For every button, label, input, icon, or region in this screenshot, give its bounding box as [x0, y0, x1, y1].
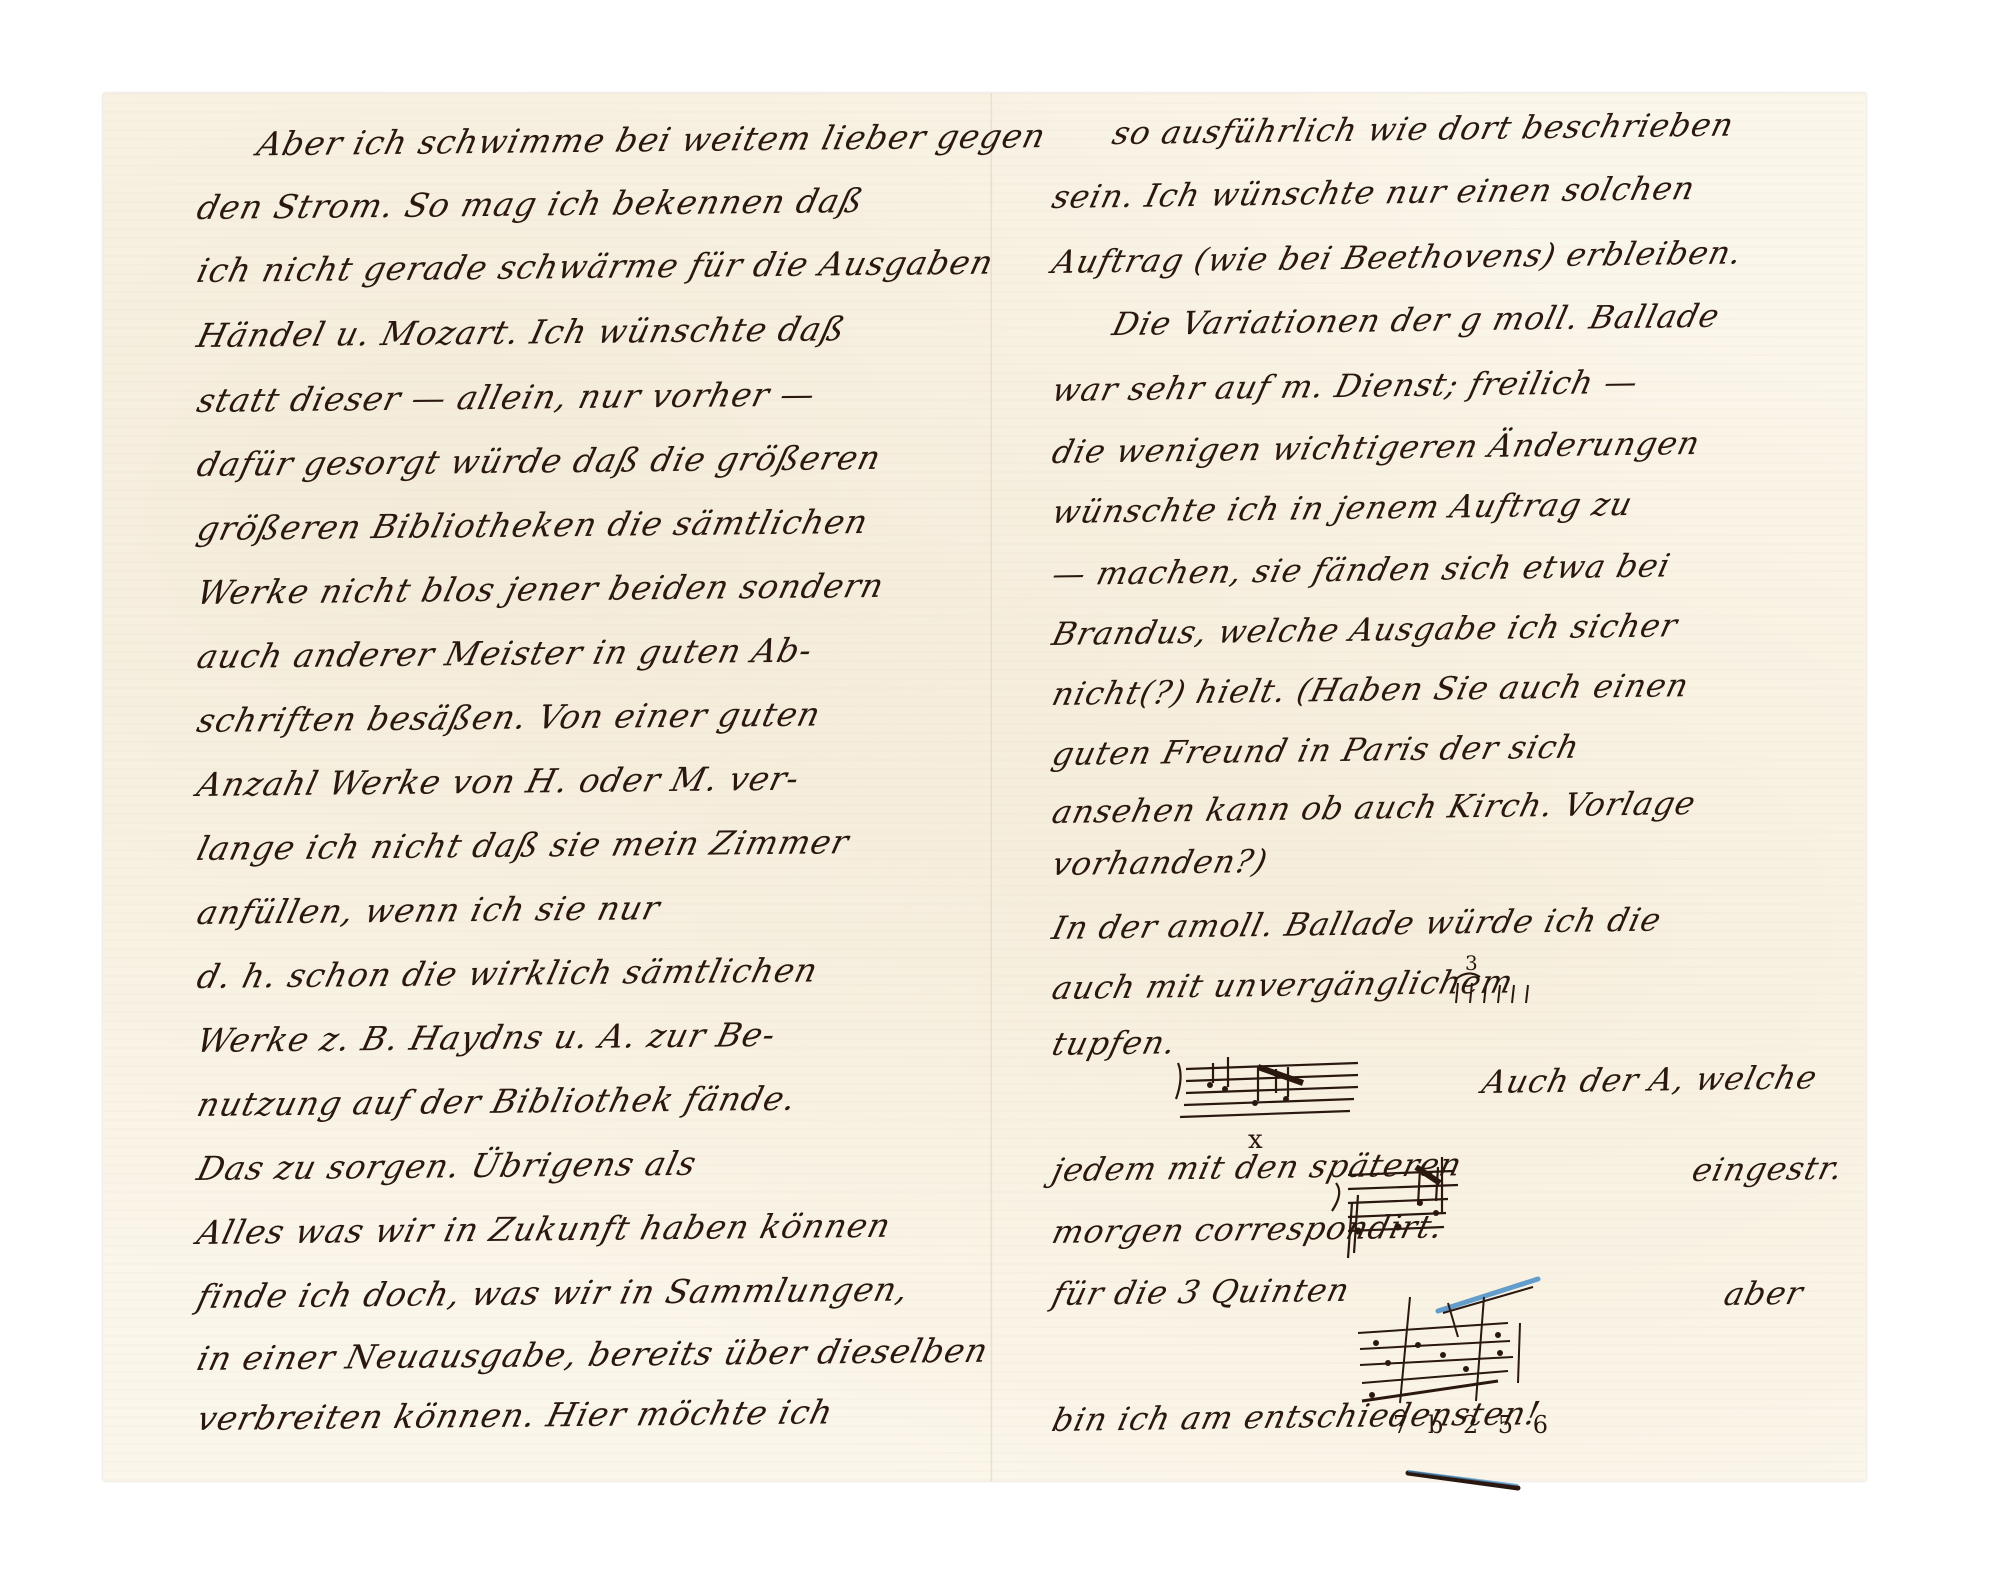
handwritten-line: nicht(?) hielt. (Haben Sie auch einen	[1049, 666, 1693, 713]
handwritten-line: finde ich doch, was wir in Sammlungen,	[193, 1270, 913, 1316]
handwritten-line: wünschte ich in jenem Auftrag zu	[1049, 485, 1637, 531]
handwritten-line: Anzahl Werke von H. oder M. ver-	[193, 759, 804, 804]
handwritten-line: sein. Ich wünschte nur einen solchen	[1049, 169, 1700, 216]
handwritten-line: tupfen.	[1049, 1023, 1181, 1063]
handwritten-line: In der amoll. Ballade würde ich die	[1049, 901, 1666, 947]
handwritten-line: Auftrag (wie bei Beethovens) erbleiben.	[1049, 233, 1747, 281]
handwritten-line: den Strom. So mag ich bekennen daß	[193, 181, 867, 227]
handwritten-line: größeren Bibliotheken die sämtlichen	[193, 502, 872, 548]
handwritten-line: aber	[1721, 1274, 1808, 1313]
handwritten-line: — machen, sie fänden sich etwa bei	[1049, 546, 1675, 593]
handwritten-line: Händel u. Mozart. Ich wünschte daß	[193, 309, 849, 355]
music-notation-snippet-2-icon	[1328, 1153, 1468, 1263]
handwritten-line: Werke z. B. Haydns u. A. zur Be-	[193, 1015, 780, 1060]
music-notation-snippet-1-icon	[1168, 1053, 1368, 1133]
right-page: so ausführlich wie dort beschrieben sein…	[993, 93, 1866, 1481]
handwritten-line: statt dieser — allein, nur vorher —	[193, 375, 819, 420]
handwritten-line: auch anderer Meister in guten Ab-	[193, 631, 816, 676]
handwritten-line: lange ich nicht daß sie mein Zimmer	[193, 822, 853, 868]
handwritten-line: guten Freund in Paris der sich	[1049, 728, 1584, 773]
handwritten-line: in einer Neuausgabe, bereits über diesel…	[193, 1331, 992, 1378]
figured-bass-text: 7 b 2 5 6	[1393, 1411, 1554, 1439]
handwritten-line: verbreiten können. Hier möchte ich	[193, 1392, 837, 1438]
letter-sheet: Aber ich schwimme bei weitem lieber gege…	[103, 93, 1866, 1481]
triplet-number: 3	[1465, 951, 1479, 975]
handwritten-line: Werke nicht blos jener beiden sondern	[193, 566, 888, 612]
handwritten-line: Aber ich schwimme bei weitem lieber gege…	[193, 116, 1050, 164]
handwritten-line: Alles was wir in Zukunft haben können	[193, 1206, 895, 1252]
handwritten-line: ansehen kann ob auch Kirch. Vorlage	[1049, 784, 1700, 831]
handwritten-line: Die Variationen der g moll. Ballade	[1049, 297, 1724, 344]
handwritten-line: anfüllen, wenn ich sie nur	[193, 888, 664, 932]
music-notation-snippet-3-icon	[1348, 1273, 1578, 1493]
handwritten-line: so ausführlich wie dort beschrieben	[1049, 106, 1738, 153]
handwritten-line: Auch der A, welche	[1479, 1058, 1822, 1101]
handwritten-line: ich nicht gerade schwärme für die Ausgab…	[193, 243, 997, 290]
handwritten-line: nutzung auf der Bibliothek fände.	[193, 1079, 800, 1124]
handwritten-line: war sehr auf m. Dienst; freilich —	[1049, 363, 1643, 409]
handwritten-line: Das zu sorgen. Übrigens als	[193, 1144, 701, 1188]
handwritten-line: dafür gesorgt würde daß die größeren	[193, 438, 885, 484]
handwritten-line: für die 3 Quinten	[1049, 1271, 1354, 1313]
handwritten-line: schriften besäßen. Von einer guten	[193, 695, 825, 740]
handwritten-line: d. h. schon die wirklich sämtlichen	[193, 951, 822, 996]
handwritten-line: vorhanden?)	[1049, 842, 1272, 883]
left-page: Aber ich schwimme bei weitem lieber gege…	[103, 93, 990, 1481]
handwritten-line: Brandus, welche Ausgabe ich sicher	[1049, 606, 1682, 653]
handwritten-line: eingestr.	[1689, 1149, 1848, 1189]
blue-pencil-stroke-top	[1438, 1279, 1538, 1311]
handwritten-line: die wenigen wichtigeren Änderungen	[1049, 424, 1705, 471]
x-mark: x	[1248, 1125, 1264, 1155]
